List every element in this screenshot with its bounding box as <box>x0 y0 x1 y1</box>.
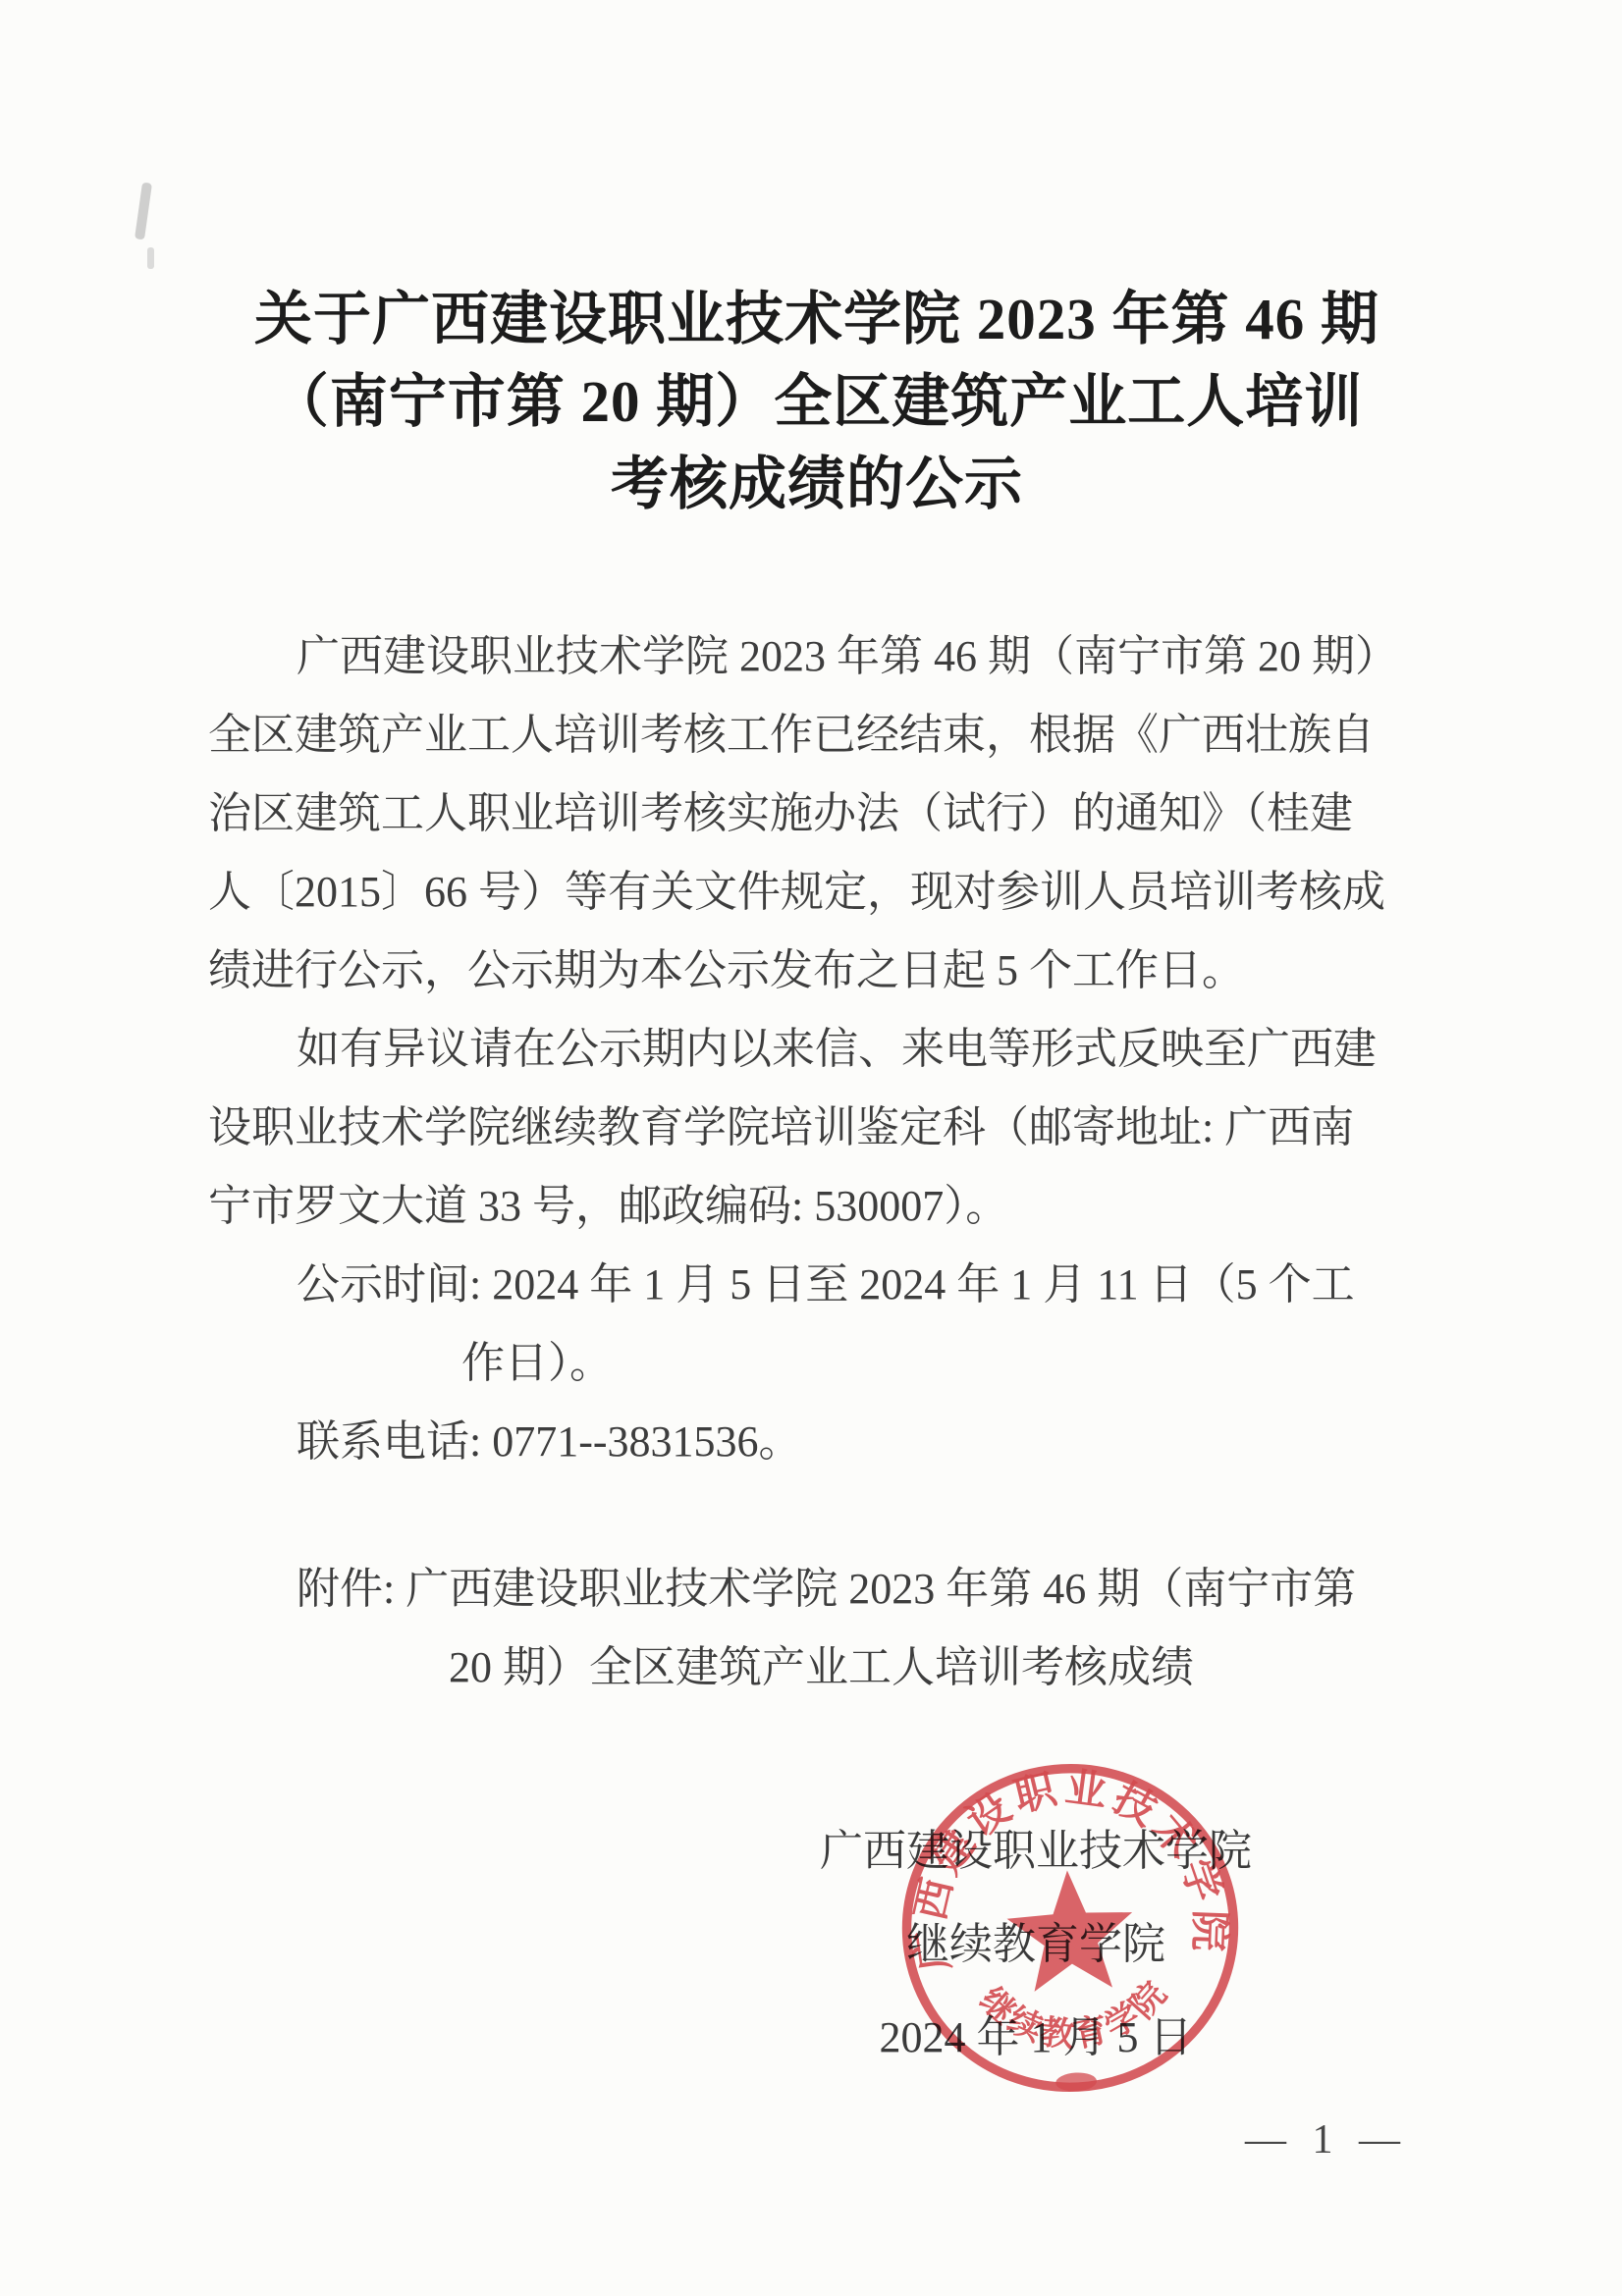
body-line: 治区建筑工人职业培训考核实施办法（试行）的通知》（桂建 <box>208 774 1426 853</box>
notice-period-line: 公示时间: 2024 年 1 月 5 日至 2024 年 1 月 11 日（5 … <box>208 1246 1426 1324</box>
title-line: （南宁市第 20 期）全区建筑产业工人培训 <box>208 360 1426 443</box>
body-line: 广西建设职业技术学院 2023 年第 46 期（南宁市第 20 期） <box>208 617 1426 696</box>
title-line: 关于广西建设职业技术学院 2023 年第 46 期 <box>208 278 1426 360</box>
document-page: 关于广西建设职业技术学院 2023 年第 46 期 （南宁市第 20 期）全区建… <box>0 0 1622 2296</box>
seal-bottom-text: 继续教育学院 <box>971 1972 1178 2060</box>
document-title: 关于广西建设职业技术学院 2023 年第 46 期 （南宁市第 20 期）全区建… <box>208 278 1426 525</box>
seal-star-icon <box>1004 1867 1136 1993</box>
page-number: — 1 — <box>1245 2116 1408 2163</box>
body-line: 宁市罗文大道 33 号，邮政编码: 530007）。 <box>208 1167 1426 1246</box>
document-body: 广西建设职业技术学院 2023 年第 46 期（南宁市第 20 期） 全区建筑产… <box>208 617 1426 1707</box>
body-line: 如有异议请在公示期内以来信、来电等形式反映至广西建 <box>208 1010 1426 1089</box>
document-content: 关于广西建设职业技术学院 2023 年第 46 期 （南宁市第 20 期）全区建… <box>208 278 1426 1707</box>
title-line: 考核成绩的公示 <box>208 443 1426 525</box>
attachment-line: 附件: 广西建设职业技术学院 2023 年第 46 期（南宁市第 <box>208 1550 1426 1629</box>
contact-phone-line: 联系电话: 0771--3831536。 <box>208 1403 1426 1481</box>
body-line: 绩进行公示，公示期为本公示发布之日起 5 个工作日。 <box>208 932 1426 1010</box>
body-line: 人〔2015〕66 号）等有关文件规定，现对参训人员培训考核成 <box>208 853 1426 932</box>
body-line: 设职业技术学院继续教育学院培训鉴定科（邮寄地址: 广西南 <box>208 1089 1426 1167</box>
notice-period-line: 作日）。 <box>208 1324 1426 1403</box>
attachment-section: 附件: 广西建设职业技术学院 2023 年第 46 期（南宁市第 20 期）全区… <box>208 1550 1426 1707</box>
scan-artifact <box>147 247 154 269</box>
attachment-line: 20 期）全区建筑产业工人培训考核成绩 <box>208 1629 1426 1707</box>
official-seal: 广西建设职业技术学院 继续教育学院 <box>887 1744 1254 2111</box>
body-line: 全区建筑产业工人培训考核工作已经结束，根据《广西壮族自 <box>208 696 1426 774</box>
scan-artifact <box>135 183 152 240</box>
